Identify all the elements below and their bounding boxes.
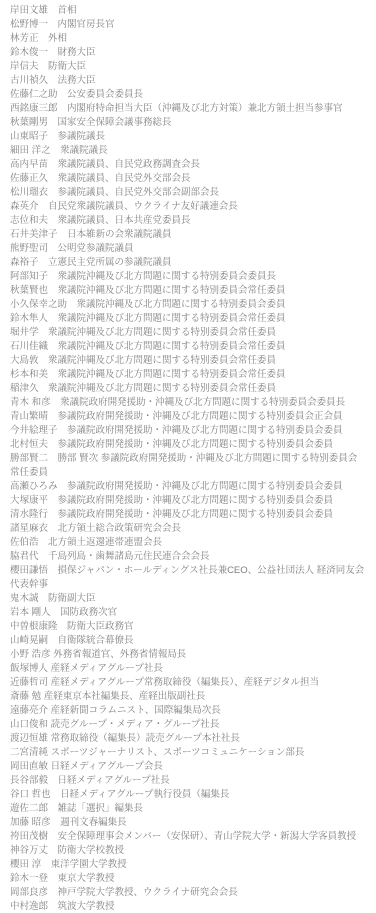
list-item: 小久保幸之助 衆議院沖縄及び北方問題に関する特別委員会委員	[10, 298, 366, 312]
list-item: 遠藤亮介 産経新聞コラムニスト、国際編集局次長	[10, 704, 366, 718]
list-item: 鈴木隼人 衆議院沖縄及び北方問題に関する特別委員会常任委員	[10, 312, 366, 326]
list-item: 山口俊和 読売グループ・メディア・グループ社長	[10, 718, 366, 732]
list-item: 岸田文雄 首相	[10, 4, 366, 18]
list-item: 勝部賢二 勝部 賢次 参議院政府開発援助・沖縄及び北方問題に関する特別委員会常任…	[10, 452, 366, 480]
list-item: 岸信夫 防衛大臣	[10, 60, 366, 74]
list-item: 大塚康平 参議院政府開発援助・沖縄及び北方問題に関する特別委員会委員	[10, 494, 366, 508]
list-item: 森裕子 立憲民主党所属の参議院議員	[10, 256, 366, 270]
list-item: 志位和夫 衆議院議員、日本共産党委員長	[10, 214, 366, 228]
list-item: 鬼木誠 防衛副大臣	[10, 592, 366, 606]
list-item: 長谷部毅 日経メディアグループ社長	[10, 774, 366, 788]
list-item: 秋葉賢也 衆議院沖縄及び北方問題に関する特別委員会常任委員	[10, 284, 366, 298]
list-item: 脇君代 千島列島・歯舞諸島元住民連合会会長	[10, 550, 366, 564]
list-item: 高瀬ひろみ 参議院政府開発援助・沖縄及び北方問題に関する特別委員会委員	[10, 480, 366, 494]
list-item: 飯塚博人 産経メディアグループ社長	[10, 662, 366, 676]
list-item: 加藤 昭彦 週刊文春編集長	[10, 816, 366, 830]
list-item: 斎藤 勉 産経東京本社編集長、産経出版副社長	[10, 690, 366, 704]
list-item: 諸星麻衣 北方領土総合政策研究会会長	[10, 522, 366, 536]
list-item: 二宮清純 スポーツジャーナリスト、スポーツコミュニケーション部長	[10, 746, 366, 760]
list-item: 遊佐二郎 雑誌「選択」編集長	[10, 802, 366, 816]
list-item: 岡田直敏 日経メディアグループ会長	[10, 760, 366, 774]
list-item: 細田 洋之 衆議院議長	[10, 144, 366, 158]
people-roster: 岸田文雄 首相松野博一 内閣官房長官林芳正 外相鈴木俊一 財務大臣岸信夫 防衛大…	[0, 0, 376, 913]
list-item: 山東昭子 参議院議長	[10, 130, 366, 144]
list-item: 森英介 自民党衆議院議員、ウクライナ友好議連会長	[10, 200, 366, 214]
list-item: 櫻田謙悟 損保ジャパン・ホールディングス社長兼CEO、公益社団法人 経済同友会代…	[10, 564, 366, 592]
list-item: 石川佳織 衆議院沖縄及び北方問題に関する特別委員会常任委員	[10, 340, 366, 354]
list-item: 松川瑠衣 参議院議員、自民党外交部会副部会長	[10, 186, 366, 200]
list-item: 近藤哲司 産経メディアグループ常務取締役（編集長）、産経デジタル担当	[10, 676, 366, 690]
list-item: 杉本和美 衆議院沖縄及び北方問題に関する特別委員会常任委員	[10, 368, 366, 382]
list-item: 鈴木一登 東京大学教授	[10, 872, 366, 886]
list-item: 袴田茂樹 安全保障理事会メンバー（安保研）、青山学院大学・新潟大学客員教授	[10, 830, 366, 844]
list-item: 青山繁晴 参議院政府開発援助・沖縄及び北方問題に関する特別委員会正会員	[10, 410, 366, 424]
list-item: 堀井学 衆議院沖縄及び北方問題に関する特別委員会常任委員	[10, 326, 366, 340]
list-item: 青木 和彦 衆議院政府開発援助・沖縄及び北方問題に関する特別委員会委員長	[10, 396, 366, 410]
list-item: 古川禎久 法務大臣	[10, 74, 366, 88]
list-item: 清水隆行 参議院政府開発援助・沖縄及び北方問題に関する特別委員会委員	[10, 508, 366, 522]
list-item: 岡部良彦 神戸学院大学教授、ウクライナ研究会会長	[10, 886, 366, 900]
list-item: 中曽根康隆 防衛大臣政務官	[10, 620, 366, 634]
list-item: 松野博一 内閣官房長官	[10, 18, 366, 32]
list-item: 櫻田 淳 東洋学園大学教授	[10, 858, 366, 872]
list-item: 佐藤正久 衆議院議員、自民党外交部会長	[10, 172, 366, 186]
list-item: 熊野聖司 公明党参議院議員	[10, 242, 366, 256]
list-item: 北村恒夫 参議院政府開発援助・沖縄及び北方問題に関する特別委員会委員	[10, 438, 366, 452]
list-item: 山崎晃嗣 自衛隊統合幕僚長	[10, 634, 366, 648]
list-item: 高内早苗 衆議院議員、自民党政務調査会長	[10, 158, 366, 172]
list-item: 稲津久 衆議院沖縄及び北方問題に関する特別委員会常任委員	[10, 382, 366, 396]
list-item: 小野 浩彦 外務省報道官、外務省情報局長	[10, 648, 366, 662]
list-item: 林芳正 外相	[10, 32, 366, 46]
list-item: 佐伯浩 北方領土返還連帯連盟会長	[10, 536, 366, 550]
list-item: 西銘康三郎 内閣府特命担当大臣（沖縄及び北方対策）兼北方領土担当参事官	[10, 102, 366, 116]
list-item: 石井美津子 日本維新の会衆議院議員	[10, 228, 366, 242]
list-item: 鈴木俊一 財務大臣	[10, 46, 366, 60]
list-item: 秋葉剛男 国家安全保障会議事務総長	[10, 116, 366, 130]
list-item: 今井絵理子 参議院政府開発援助・沖縄及び北方問題に関する特別委員会委員	[10, 424, 366, 438]
list-item: 大島敦 衆議院沖縄及び北方問題に関する特別委員会常任委員	[10, 354, 366, 368]
list-item: 佐藤仁之助 公安委員会委員長	[10, 88, 366, 102]
list-item: 谷口 哲也 日経メディアグループ執行役員（編集長	[10, 788, 366, 802]
list-item: 中村逸郎 筑波大学教授	[10, 900, 366, 913]
list-item: 岩本 剛人 国防政務次官	[10, 606, 366, 620]
list-item: 神谷万丈 防衛大学校教授	[10, 844, 366, 858]
list-item: 渡辺恒雄 常務取締役（編集長）読売グループ本社社長	[10, 732, 366, 746]
list-item: 阿部知子 衆議院沖縄及び北方問題に関する特別委員会委員長	[10, 270, 366, 284]
